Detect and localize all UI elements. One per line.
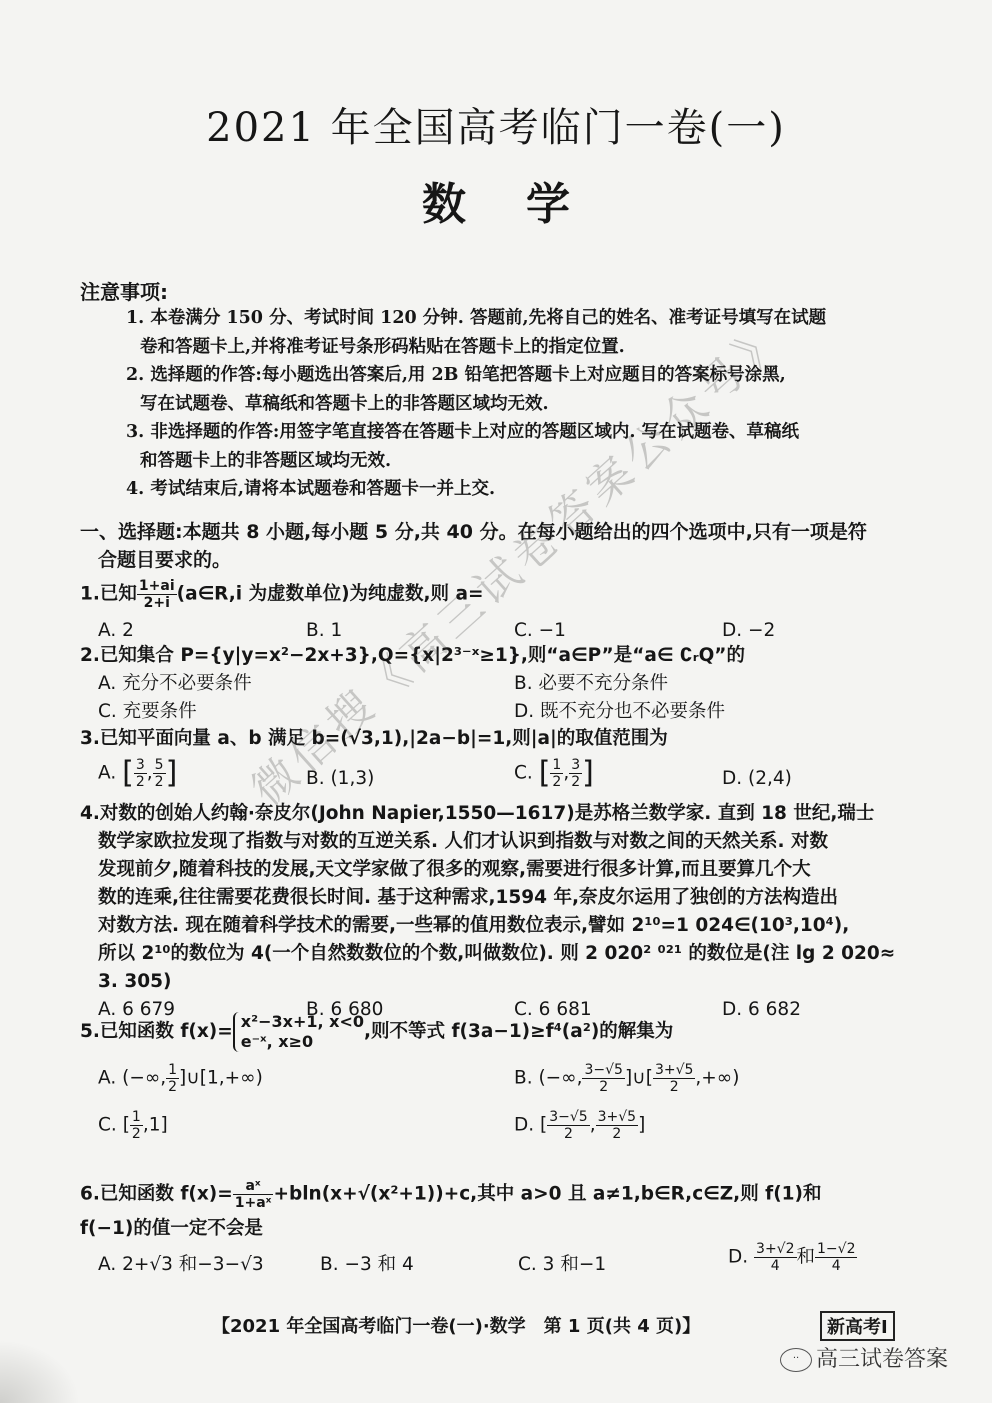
option-text: ,1] — [143, 1115, 168, 1136]
option-text: ]∪[1,+∞) — [179, 1068, 263, 1089]
exam-type-badge: 新高考Ⅰ — [820, 1311, 895, 1341]
numerator: 1 — [550, 757, 563, 774]
fraction: 3+√52 — [653, 1062, 695, 1095]
numerator: 3−√5 — [582, 1062, 624, 1079]
fraction: 52 — [153, 757, 166, 790]
notes-heading: 注意事项: — [80, 276, 168, 305]
options-row: A. 充分不必要条件 B. 必要不充分条件 — [80, 670, 930, 698]
options-row: A. 2+√3 和−3−√3 B. −3 和 4 C. 3 和−1 D. 3+√… — [80, 1251, 930, 1279]
option-a: A. 2 — [80, 617, 306, 645]
fraction: 1−√24 — [815, 1241, 857, 1274]
case-line: e⁻ˣ, x≥0 — [241, 1032, 364, 1052]
options-row: A. [32,52] B. (1,3) C. [12,32] D. (2,4) — [80, 757, 930, 793]
option-text: [ — [540, 1115, 547, 1136]
note-item: 2. 选择题的作答:每小题选出答案后,用 2B 铅笔把答题卡上对应题目的答案标号… — [126, 361, 936, 418]
question-2: 2.已知集合 P={y|y=x²−2x+3},Q={x|2³⁻ˣ≥1},则“a∈… — [80, 642, 930, 726]
numerator: 1 — [130, 1109, 143, 1126]
stem-line: 对数方法. 现在随着科学技术的需要,一些幂的值用数位表示,譬如 2¹⁰=1 02… — [80, 912, 930, 940]
denominator: 2 — [653, 1079, 695, 1095]
denominator: 1+aˣ — [233, 1195, 274, 1211]
fraction: aˣ1+aˣ — [233, 1178, 274, 1211]
denominator: 2 — [130, 1126, 143, 1142]
page-footer: 【2021 年全国高考临门一卷(一)·数学 第 1 页(共 4 页)】 — [212, 1312, 700, 1338]
notes-list: 1. 本卷满分 150 分、考试时间 120 分钟. 答题前,先将自己的姓名、准… — [126, 304, 936, 504]
option-label: C. — [514, 763, 533, 784]
question-stem: 5.已知函数 f(x)=x²−3x+1, x<0e⁻ˣ, x≥0,则不等式 f(… — [80, 1012, 930, 1052]
option-d: D. [3−√52,3+√52] — [514, 1109, 930, 1142]
option-b: B. −3 和 4 — [320, 1251, 518, 1279]
option-text: (−∞, — [538, 1068, 582, 1089]
stem-text: 已知 — [100, 584, 137, 605]
fraction: 3−√52 — [547, 1109, 589, 1142]
stem-text: ,则不等式 f(3a−1)≥f⁴(a²)的解集为 — [364, 1021, 673, 1042]
denominator: 2 — [153, 774, 166, 790]
subject-title: 数学 — [0, 168, 992, 232]
option-text: [ — [123, 1115, 130, 1136]
question-number: 5. — [80, 1021, 100, 1042]
option-a: A. 充分不必要条件 — [80, 670, 514, 698]
bracket: ] — [582, 756, 594, 791]
numerator: aˣ — [233, 1178, 274, 1195]
option-label: D. — [514, 1115, 534, 1136]
question-3: 3.已知平面向量 a、b 满足 b=(√3,1),|2a−b|=1,则|a|的取… — [80, 725, 930, 793]
note-line: 1. 本卷满分 150 分、考试时间 120 分钟. 答题前,先将自己的姓名、准… — [126, 304, 936, 333]
question-number: 2. — [80, 645, 100, 666]
stem-text: 已知函数 f(x)= — [100, 1021, 233, 1042]
option-c: C. 3 和−1 — [518, 1251, 728, 1279]
option-a: A. 2+√3 和−3−√3 — [80, 1251, 320, 1279]
option-label: B. — [514, 1068, 533, 1089]
options-row: A. (−∞,12]∪[1,+∞) B. (−∞,3−√52]∪[3+√52,+… — [80, 1062, 930, 1095]
denominator: 2 — [582, 1079, 624, 1095]
watermark-text: 高三试卷答案 — [816, 1347, 948, 1372]
fraction: 32 — [134, 757, 147, 790]
stem-line: 数的连乘,往往需要花费很长时间. 基于这种需求,1594 年,奈皮尔运用了独创的… — [80, 884, 930, 912]
numerator: 1+ai — [137, 578, 177, 595]
fraction: 3+√52 — [596, 1109, 638, 1142]
scan-artifact — [0, 1340, 80, 1403]
fraction: 1+ai2+i — [137, 578, 177, 611]
note-line: 卷和答题卡上,并将准考证号条形码粘贴在答题卡上的指定位置. — [126, 333, 936, 362]
option-c: C. −1 — [514, 617, 722, 645]
numerator: 3+√5 — [596, 1109, 638, 1126]
bracket: [ — [539, 756, 551, 791]
fraction: 12 — [130, 1109, 143, 1142]
option-d: D. (2,4) — [722, 757, 930, 793]
denominator: 2 — [569, 774, 582, 790]
stem-line: 3. 305) — [80, 968, 930, 996]
stem-text: 已知平面向量 a、b 满足 b=(√3,1),|2a−b|=1,则|a|的取值范… — [100, 728, 668, 749]
option-label: D. — [728, 1247, 748, 1268]
numerator: 3−√5 — [547, 1109, 589, 1126]
numerator: 1 — [166, 1062, 179, 1079]
option-text: ] — [638, 1115, 645, 1136]
stem-line: 数学家欧拉发现了指数与对数的互逆关系. 人们才认识到指数与对数之间的天然关系. … — [80, 828, 930, 856]
note-line: 4. 考试结束后,请将本试题卷和答题卡一并上交. — [126, 475, 936, 504]
fraction: 3+√24 — [754, 1241, 796, 1274]
options-row: A. 2 B. 1 C. −1 D. −2 — [80, 617, 930, 645]
option-d: D. 3+√24和1−√24 — [728, 1241, 857, 1279]
stem-text: 已知函数 f(x)= — [100, 1184, 233, 1205]
denominator: 2+i — [137, 595, 177, 611]
option-text: 和 — [797, 1247, 816, 1268]
exam-title: 2021 年全国高考临门一卷(一) — [0, 96, 992, 153]
numerator: 3 — [134, 757, 147, 774]
note-item: 4. 考试结束后,请将本试题卷和答题卡一并上交. — [126, 475, 936, 504]
options-row: C. [12,1] D. [3−√52,3+√52] — [80, 1109, 930, 1142]
fraction: 3−√52 — [582, 1062, 624, 1095]
question-stem: 3.已知平面向量 a、b 满足 b=(√3,1),|2a−b|=1,则|a|的取… — [80, 725, 930, 753]
option-c: C. [12,32] — [514, 757, 722, 793]
option-b: B. 必要不充分条件 — [514, 670, 930, 698]
denominator: 4 — [815, 1258, 857, 1274]
option-d: D. 既不充分也不必要条件 — [514, 698, 930, 726]
note-line: 2. 选择题的作答:每小题选出答案后,用 2B 铅笔把答题卡上对应题目的答案标号… — [126, 361, 936, 390]
question-number: 1. — [80, 584, 100, 605]
note-line: 和答题卡上的非答题区域均无效. — [126, 447, 936, 476]
option-text: ]∪[ — [625, 1068, 653, 1089]
question-4: 4.对数的创始人约翰·奈皮尔(John Napier,1550—1617)是苏格… — [80, 800, 930, 1024]
question-6: 6.已知函数 f(x)=aˣ1+aˣ+bln(x+√(x²+1))+c,其中 a… — [80, 1178, 930, 1279]
option-text: (−∞, — [122, 1068, 166, 1089]
note-line: 3. 非选择题的作答:用签字笔直接答在答题卡上对应的答题区域内. 写在试题卷、草… — [126, 418, 936, 447]
bracket: ] — [166, 756, 178, 791]
denominator: 2 — [550, 774, 563, 790]
question-stem: 6.已知函数 f(x)=aˣ1+aˣ+bln(x+√(x²+1))+c,其中 a… — [80, 1178, 930, 1243]
bottom-watermark: ··高三试卷答案 — [780, 1342, 948, 1373]
fraction: 12 — [550, 757, 563, 790]
question-stem: 4.对数的创始人约翰·奈皮尔(John Napier,1550—1617)是苏格… — [80, 800, 930, 996]
denominator: 2 — [166, 1079, 179, 1095]
numerator: 3+√2 — [754, 1241, 796, 1258]
note-line: 写在试题卷、草稿纸和答题卡上的非答题区域均无效. — [126, 390, 936, 419]
fraction: 32 — [569, 757, 582, 790]
stem-text: +bln(x+√(x²+1))+c,其中 a>0 且 a≠1,b∈R,c∈Z,则… — [273, 1184, 821, 1205]
case-line: x²−3x+1, x<0 — [241, 1012, 364, 1032]
question-number: 3. — [80, 728, 100, 749]
note-item: 1. 本卷满分 150 分、考试时间 120 分钟. 答题前,先将自己的姓名、准… — [126, 304, 936, 361]
option-b: B. (−∞,3−√52]∪[3+√52,+∞) — [514, 1062, 930, 1095]
numerator: 3 — [569, 757, 582, 774]
question-number: 6. — [80, 1184, 100, 1205]
options-row: C. 充要条件 D. 既不充分也不必要条件 — [80, 698, 930, 726]
numerator: 1−√2 — [815, 1241, 857, 1258]
denominator: 2 — [134, 774, 147, 790]
numerator: 3+√5 — [653, 1062, 695, 1079]
piecewise-function: x²−3x+1, x<0e⁻ˣ, x≥0 — [233, 1012, 364, 1052]
fraction: 12 — [166, 1062, 179, 1095]
wechat-icon: ·· — [780, 1348, 812, 1372]
stem-line: f(−1)的值一定不会是 — [80, 1215, 930, 1243]
option-label: A. — [98, 1068, 116, 1089]
denominator: 4 — [754, 1258, 796, 1274]
question-stem: 2.已知集合 P={y|y=x²−2x+3},Q={x|2³⁻ˣ≥1},则“a∈… — [80, 642, 930, 670]
exam-page: 2021 年全国高考临门一卷(一) 数学 注意事项: 1. 本卷满分 150 分… — [0, 0, 992, 1403]
denominator: 2 — [596, 1126, 638, 1142]
bracket: [ — [122, 756, 134, 791]
option-c: C. [12,1] — [80, 1109, 514, 1142]
question-5: 5.已知函数 f(x)=x²−3x+1, x<0e⁻ˣ, x≥0,则不等式 f(… — [80, 1012, 930, 1142]
question-number: 4. — [80, 803, 100, 824]
stem-line: 对数的创始人约翰·奈皮尔(John Napier,1550—1617)是苏格兰数… — [100, 803, 874, 824]
numerator: 5 — [153, 757, 166, 774]
stem-line: 所以 2¹⁰的数位为 4(一个自然数数位的个数,叫做数位). 则 2 020² … — [80, 940, 930, 968]
option-text: ,+∞) — [695, 1068, 739, 1089]
option-label: A. — [98, 763, 116, 784]
option-a: A. (−∞,12]∪[1,+∞) — [80, 1062, 514, 1095]
stem-line: 发现前夕,随着科技的发展,天文学家做了很多的观察,需要进行很多计算,而且要算几个… — [80, 856, 930, 884]
note-item: 3. 非选择题的作答:用签字笔直接答在答题卡上对应的答题区域内. 写在试题卷、草… — [126, 418, 936, 475]
option-label: C. — [98, 1115, 117, 1136]
denominator: 2 — [547, 1126, 589, 1142]
option-d: D. −2 — [722, 617, 930, 645]
